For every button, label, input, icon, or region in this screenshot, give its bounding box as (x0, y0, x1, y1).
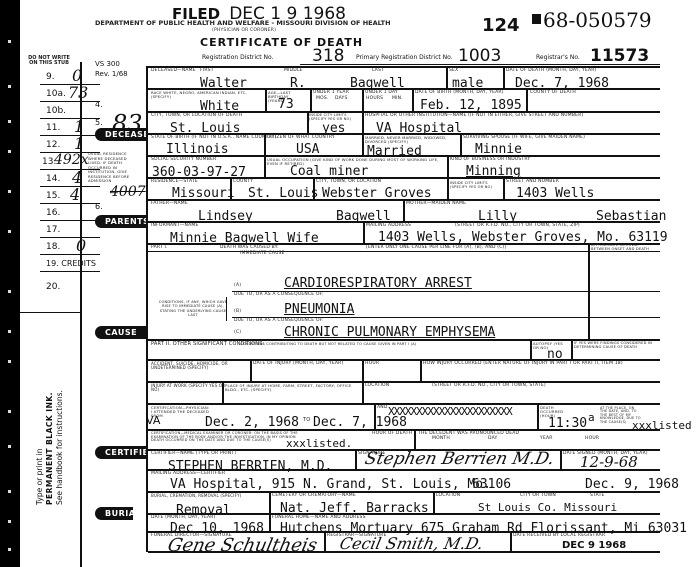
divider (310, 88, 312, 111)
reg-district-label: Registration District No. (202, 54, 274, 61)
registrar-signature: Cecil Smith, M.D. (338, 536, 484, 552)
immediate-cause-label: IMMEDIATE CAUSE (240, 252, 285, 257)
certifier-mailing-label: MAILING ADDRESS—CERTIFIER (151, 472, 225, 477)
divider (264, 155, 266, 177)
registrar-number: 11573 (590, 46, 649, 66)
item6-value: 4007 (110, 185, 146, 199)
divider (362, 88, 364, 111)
stub-row-value: 4 (72, 170, 82, 186)
divider (460, 133, 462, 155)
stub-row-label: 16. (46, 208, 60, 218)
pronounced-year: YEAR (540, 437, 553, 442)
part2-sub-label: CONDITIONS CONTRIBUTING TO DEATH BUT NOT… (240, 343, 417, 347)
stub-row-value: 0 (76, 238, 86, 254)
reg-district: 318 (312, 46, 344, 66)
stub-row-label: 20. (46, 282, 60, 292)
instruction-line: PERMANENT BLACK INK. (45, 390, 55, 505)
divider (264, 133, 266, 155)
stub-row: 17. (40, 221, 100, 238)
divider (503, 177, 505, 199)
physician-subtitle: (PHYSICIAN OR CORONER) (212, 29, 276, 34)
pronounced-month: MONTH (432, 437, 450, 442)
marital-label: MARRIED, NEVER MARRIED, WIDOWED, DIVORCE… (365, 136, 460, 144)
burial-location-label: LOCATION (436, 494, 460, 499)
divider (362, 381, 364, 403)
stub-row-label: 11. (46, 123, 60, 133)
due-to-label: DUE TO, OR AS A CONSEQUENCE OF: (234, 293, 324, 298)
stub-row-label: 17. (46, 225, 60, 235)
part1-label: PART I. (151, 246, 168, 251)
divider (265, 88, 267, 111)
registrar-label: Registrar's No. (536, 54, 580, 61)
received-label: DATE RECEIVED BY LOCAL REGISTRAR (513, 534, 605, 539)
divider (269, 491, 271, 513)
under-1-day-label: UNDER 1 DAY (365, 91, 398, 96)
divider (226, 297, 227, 321)
divider (222, 381, 224, 403)
stub-row-value: 1 (74, 119, 84, 135)
months-label: MOS. (316, 97, 329, 102)
certifier-zip: 63106 (472, 478, 511, 491)
due-to-label: DUE TO, OR AS A CONSEQUENCE OF: (234, 319, 324, 324)
divider (362, 133, 364, 155)
stub-row: 19. CREDITS (40, 255, 100, 272)
under-1-year-label: UNDER 1 YEAR (313, 91, 349, 96)
res-state-label: RESIDENCE—STATE (151, 180, 198, 185)
state-file-number: 68-050579 (543, 8, 652, 32)
divider (324, 531, 326, 551)
place-injury-label: PLACE OF INJURY AT HOME, FARM, STREET, F… (225, 384, 355, 392)
certifier-mailing-date: Dec. 9, 1968 (585, 478, 679, 491)
divider (530, 339, 532, 359)
section-tag-cause: CAUSE (95, 326, 147, 339)
county-of-death-label: COUNTY OF DEATH (530, 91, 576, 96)
stub-row: 20. (40, 272, 100, 294)
item4-label: 4. (95, 100, 103, 109)
attended-from-date: Dec. 2, 1968 (205, 416, 299, 429)
attended-to-date: Dec. 7, 1968 (313, 416, 407, 429)
enter-one-label: [ENTER ONLY ONE CAUSE PER LINE FOR (a), … (366, 246, 506, 251)
stub-row-label: 15. (46, 191, 60, 201)
conditions-note: CONDITIONS, IF ANY, WHICH GAVE RISE TO I… (158, 300, 228, 317)
divider (447, 155, 449, 177)
instruction-line: See handbook for instructions. (55, 390, 65, 505)
divider (447, 177, 449, 199)
stub-row-value: 1 (74, 136, 84, 152)
primary-reg-label: Primary Registration District No. (356, 54, 453, 61)
divider (446, 66, 448, 88)
caused-by-label: DEATH WAS CAUSED BY: (220, 246, 279, 251)
stub-rule (20, 312, 80, 313)
instruction-line: Type or print in (35, 390, 45, 505)
department-heading: DEPARTMENT OF PUBLIC HEALTH AND WELFARE … (95, 20, 391, 27)
header-rule (300, 64, 660, 65)
certifier-name-label: CERTIFIER—NAME (TYPE OR PRINT) (151, 452, 236, 457)
divider (313, 177, 315, 199)
last-label: LAST (372, 69, 384, 74)
stub-row: 15.4 (40, 187, 100, 204)
row-rule (148, 513, 660, 515)
injury-date-label: DATE OF INJURY (MONTH, DAY, YEAR) (253, 362, 343, 367)
cause-c-marker: (c) (234, 331, 241, 336)
divider (560, 449, 562, 469)
first-label: FIRST (200, 69, 214, 74)
industry-label: KIND OF BUSINESS OR INDUSTRY (450, 158, 530, 163)
stub-header: DO NOT WRITE ON THIS STUB (24, 56, 74, 66)
accident-label: ACCIDENT, SUICIDE, HOMICIDE, OR UNDETERM… (151, 362, 246, 370)
stub-row-value: 73 (68, 85, 88, 101)
funeral-home-label: FUNERAL HOME—NAME AND ADDRESS (272, 516, 366, 521)
hospital-label: HOSPITAL OR OTHER INSTITUTION—NAME (IF N… (365, 114, 583, 119)
hours-label: HOURS (366, 97, 383, 102)
and-label: AND (377, 406, 388, 411)
date-of-death-label: DATE OF DEATH (MONTH, DAY, YEAR) (506, 69, 597, 74)
findings-label: IF YES WERE FINDINGS CONSIDERED IN DETER… (574, 342, 660, 349)
name-label: DECEASED—NAME (151, 69, 196, 74)
cause-c: CHRONIC PULMONARY EMPHYSEMA (284, 326, 495, 339)
burial-location: St Louis Co. Missouri (478, 502, 617, 513)
informant-label: INFORMANT—NAME (151, 224, 199, 229)
res-city-label: CITY, TOWN, OR LOCATION (316, 180, 381, 185)
stub-row-label: 14. (46, 174, 60, 184)
injury-location-sub: (STREET OR R.F.D. NO., CITY OR TOWN, STA… (432, 384, 546, 389)
form-number: VS 300 (95, 60, 120, 68)
divider (403, 199, 405, 221)
stamp-block (532, 14, 541, 24)
divider (433, 491, 435, 513)
row-rule (148, 177, 660, 179)
form-bottom-border (148, 551, 660, 553)
to-label: TO (303, 418, 310, 423)
age: 73 (278, 98, 294, 111)
stub-row-label: 19. CREDITS (46, 259, 96, 268)
form-left-border (146, 66, 148, 552)
stub-row-value: 0 (72, 68, 82, 84)
death-ampm: a (588, 412, 595, 423)
row-rule (148, 251, 660, 252)
race-label: RACE WHITE, NEGRO, AMERICAN INDIAN, ETC.… (151, 91, 261, 99)
stub-rows: 9.0 10a.73 10b. 11.1 12.1 13.492x 14.4 1… (20, 68, 80, 294)
spouse-label: SURVIVING SPOUSE (IF WIFE, GIVE MAIDEN N… (463, 136, 585, 141)
ssn-label: SOCIAL SECURITY NUMBER (151, 158, 216, 163)
minutes-label: MIN. (392, 97, 403, 102)
dob-label: DATE OF BIRTH (MONTH, DAY, YEAR) (415, 91, 504, 96)
batch-number: 124 (482, 15, 520, 36)
stub-row-label: 9. (46, 72, 55, 82)
divider (510, 531, 512, 551)
divider (250, 359, 252, 381)
listed-me: xxxlisted. (286, 438, 352, 449)
pronounced-hour: HOUR (585, 437, 599, 442)
primary-reg: 1003 (458, 46, 501, 66)
at-work-label: INJURY AT WORK (SPECIFY YES OR NO) (151, 384, 226, 392)
divider (537, 403, 539, 429)
burial-date-label: DATE (MONTH, DAY, YEAR) (151, 516, 216, 521)
divider (571, 339, 573, 359)
hour-of-death-label: HOUR OF DEATH (372, 432, 412, 437)
citizen-label: CITIZEN OF WHAT COUNTRY (267, 136, 335, 141)
stub-row: 10b. (40, 102, 100, 119)
divider (355, 449, 357, 469)
divider (362, 359, 364, 381)
stub-row-value: 4 (70, 187, 80, 203)
mailing-sub-label: (STREET OR R.F.D. NO., CITY OR TOWN, STA… (455, 224, 580, 229)
city-of-death-label: CITY, TOWN, OR LOCATION OF DEATH (151, 114, 242, 119)
attended-prefix: VA (146, 414, 160, 427)
divider (374, 403, 376, 429)
stub-row-label: 18. (46, 242, 60, 252)
how-injury-label: HOW INJURY OCCURRED (ENTER NATURE OF INJ… (423, 362, 623, 367)
cause-b-marker: (b) (234, 310, 241, 315)
date-signed: 12-9-68 (580, 455, 638, 470)
divider (414, 429, 416, 449)
stub-row-value: 492x (54, 153, 89, 167)
sex-label: SEX (449, 69, 458, 74)
father-label: FATHER—NAME (151, 202, 188, 207)
divider (503, 66, 505, 88)
mother-label: MOTHER—MAIDEN NAME (406, 202, 466, 207)
burial-state-label: STATE (590, 494, 605, 499)
state-of-birth-label: STATE OF BIRTH (IF NOT IN U.S.A., NAME C… (151, 136, 276, 141)
section-tag-certifier: CERTIFIER (95, 446, 147, 459)
divider (230, 177, 232, 199)
stub-row-label: 12. (46, 140, 60, 150)
res-street-label: STREET AND NUMBER (506, 180, 559, 185)
injury-hour-label: HOUR (365, 362, 379, 367)
struck-text: XXXXXXXXXXXXXXXXXXXXXX (388, 406, 538, 417)
stub-row: 11.1 (40, 119, 100, 136)
row-rule (148, 403, 660, 405)
days-label: DAYS (335, 97, 348, 102)
res-inside-label: INSIDE CITY LIMITS (SPECIFY YES OR NO) (450, 182, 500, 189)
certifier-address: VA Hospital, 915 N. Grand, St. Louis, Mo… (170, 478, 491, 491)
injury-location-label: LOCATION (365, 384, 389, 389)
cause-a-marker: (a) (234, 284, 241, 289)
medical-examiner-label: CERTIFICATION—MEDICAL EXAMINER OR CORONE… (151, 432, 301, 443)
divider (412, 88, 414, 111)
item5-label: 5. (95, 118, 103, 127)
divider (526, 88, 528, 111)
stub-row: 16. (40, 204, 100, 221)
certifier-signature: Stephen Berrien M.D. (363, 451, 555, 468)
cemetery-label: CEMETERY OR CREMATORY—NAME (272, 494, 356, 499)
burial-type-label: BURIAL, CREMATION, REMOVAL (SPECIFY) (151, 494, 261, 498)
divider (362, 111, 364, 133)
ink-instructions: Type or print in PERMANENT BLACK INK. Se… (35, 390, 64, 505)
cause-a: CARDIORESPIRATORY ARREST (284, 277, 472, 290)
pronounced-day: DAY (488, 437, 497, 442)
section-tag-parents: PARENTS (95, 215, 147, 228)
cause-b: PNEUMONIA (284, 303, 354, 316)
date-received: DEC 9 1968 (562, 540, 626, 551)
divider (363, 221, 365, 243)
divider (269, 513, 271, 531)
res-county-label: COUNTY (233, 180, 253, 185)
section-tag-deceased: DECEASED (95, 128, 147, 141)
section-tag-burial: BURIA (95, 507, 133, 520)
item6-label: 6. (95, 202, 103, 211)
film-edge (0, 0, 20, 567)
stub-row: 18.0 (40, 238, 100, 255)
divider (420, 359, 422, 381)
stub-row-label: 10a. (46, 89, 66, 99)
residence-note: USUAL RESIDENCE WHERE DECEASED LIVED. IF… (88, 152, 136, 184)
middle-label: MIDDLE (284, 69, 303, 74)
burial-city-label: CITY OR TOWN (520, 494, 556, 499)
mailing-label: MAILING ADDRESS (366, 224, 411, 229)
stub-row-label: 10b. (46, 106, 66, 116)
stub-row: 10a.73 (40, 85, 100, 102)
